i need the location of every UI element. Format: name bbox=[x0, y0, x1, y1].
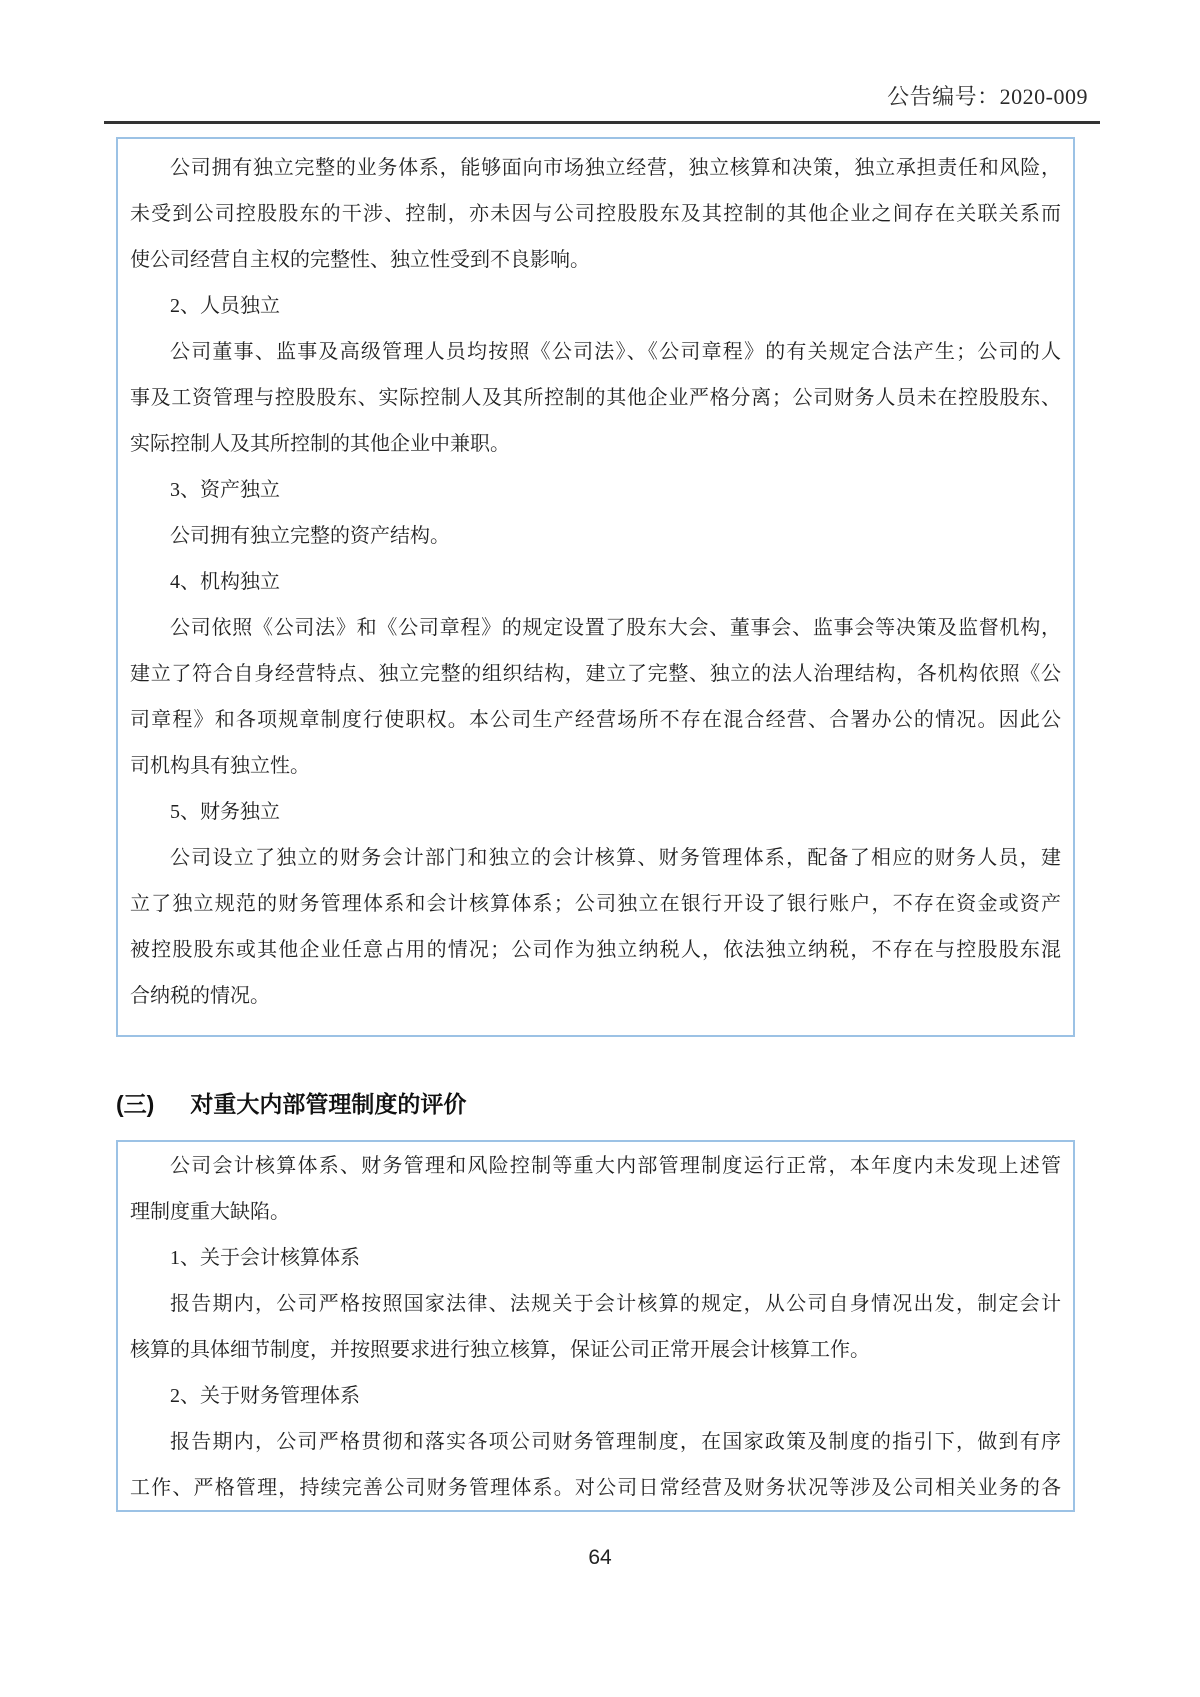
text-line: 合纳税的情况。 bbox=[130, 973, 1061, 1019]
text-line: 立了独立规范的财务管理体系和会计核算体系；公司独立在银行开设了银行账户，不存在资… bbox=[130, 881, 1061, 927]
header-divider bbox=[104, 121, 1100, 124]
text-line: 公司会计核算体系、财务管理和风险控制等重大内部管理制度运行正常，本年度内未发现上… bbox=[130, 1143, 1061, 1189]
text-line: 公司拥有独立完整的资产结构。 bbox=[130, 513, 1061, 559]
list-item-heading: 4、机构独立 bbox=[130, 559, 1061, 605]
list-item-heading: 1、关于会计核算体系 bbox=[130, 1235, 1061, 1281]
independence-text-box: 公司拥有独立完整的业务体系，能够面向市场独立经营，独立核算和决策，独立承担责任和… bbox=[116, 137, 1075, 1037]
section-heading: (三)对重大内部管理制度的评价 bbox=[116, 1086, 466, 1119]
list-item-heading: 2、人员独立 bbox=[130, 283, 1061, 329]
text-line: 公司拥有独立完整的业务体系，能够面向市场独立经营，独立核算和决策，独立承担责任和… bbox=[130, 145, 1061, 191]
list-item-heading: 3、资产独立 bbox=[130, 467, 1061, 513]
text-line: 司章程》和各项规章制度行使职权。本公司生产经营场所不存在混合经营、合署办公的情况… bbox=[130, 697, 1061, 743]
document-page: 公告编号：2020-009 公司拥有独立完整的业务体系，能够面向市场独立经营，独… bbox=[0, 0, 1200, 1697]
text-line: 报告期内，公司严格贯彻和落实各项公司财务管理制度，在国家政策及制度的指引下，做到… bbox=[130, 1419, 1061, 1465]
announcement-number: 公告编号：2020-009 bbox=[887, 80, 1088, 111]
text-line: 司机构具有独立性。 bbox=[130, 743, 1061, 789]
list-item-heading: 5、财务独立 bbox=[130, 789, 1061, 835]
text-line: 理制度重大缺陷。 bbox=[130, 1189, 1061, 1235]
text-line: 报告期内，公司严格按照国家法律、法规关于会计核算的规定，从公司自身情况出发，制定… bbox=[130, 1281, 1061, 1327]
text-line: 公司设立了独立的财务会计部门和独立的会计核算、财务管理体系，配备了相应的财务人员… bbox=[130, 835, 1061, 881]
text-line: 工作、严格管理，持续完善公司财务管理体系。对公司日常经营及财务状况等涉及公司相关… bbox=[130, 1465, 1061, 1511]
text-line: 使公司经营自主权的完整性、独立性受到不良影响。 bbox=[130, 237, 1061, 283]
section-number: (三) bbox=[116, 1091, 154, 1117]
text-line: 事及工资管理与控股股东、实际控制人及其所控制的其他企业严格分离；公司财务人员未在… bbox=[130, 375, 1061, 421]
text-line: 核算的具体细节制度，并按照要求进行独立核算，保证公司正常开展会计核算工作。 bbox=[130, 1327, 1061, 1373]
text-line: 被控股股东或其他企业任意占用的情况；公司作为独立纳税人，依法独立纳税，不存在与控… bbox=[130, 927, 1061, 973]
section-title: 对重大内部管理制度的评价 bbox=[190, 1091, 466, 1117]
evaluation-text-box: 公司会计核算体系、财务管理和风险控制等重大内部管理制度运行正常，本年度内未发现上… bbox=[116, 1140, 1075, 1512]
list-item-heading: 2、关于财务管理体系 bbox=[130, 1373, 1061, 1419]
text-line: 未受到公司控股股东的干涉、控制，亦未因与公司控股股东及其控制的其他企业之间存在关… bbox=[130, 191, 1061, 237]
page-number: 64 bbox=[0, 1546, 1200, 1570]
text-line: 建立了符合自身经营特点、独立完整的组织结构，建立了完整、独立的法人治理结构，各机… bbox=[130, 651, 1061, 697]
text-line: 公司董事、监事及高级管理人员均按照《公司法》、《公司章程》的有关规定合法产生；公… bbox=[130, 329, 1061, 375]
text-line: 实际控制人及其所控制的其他企业中兼职。 bbox=[130, 421, 1061, 467]
text-line: 公司依照《公司法》和《公司章程》的规定设置了股东大会、董事会、监事会等决策及监督… bbox=[130, 605, 1061, 651]
